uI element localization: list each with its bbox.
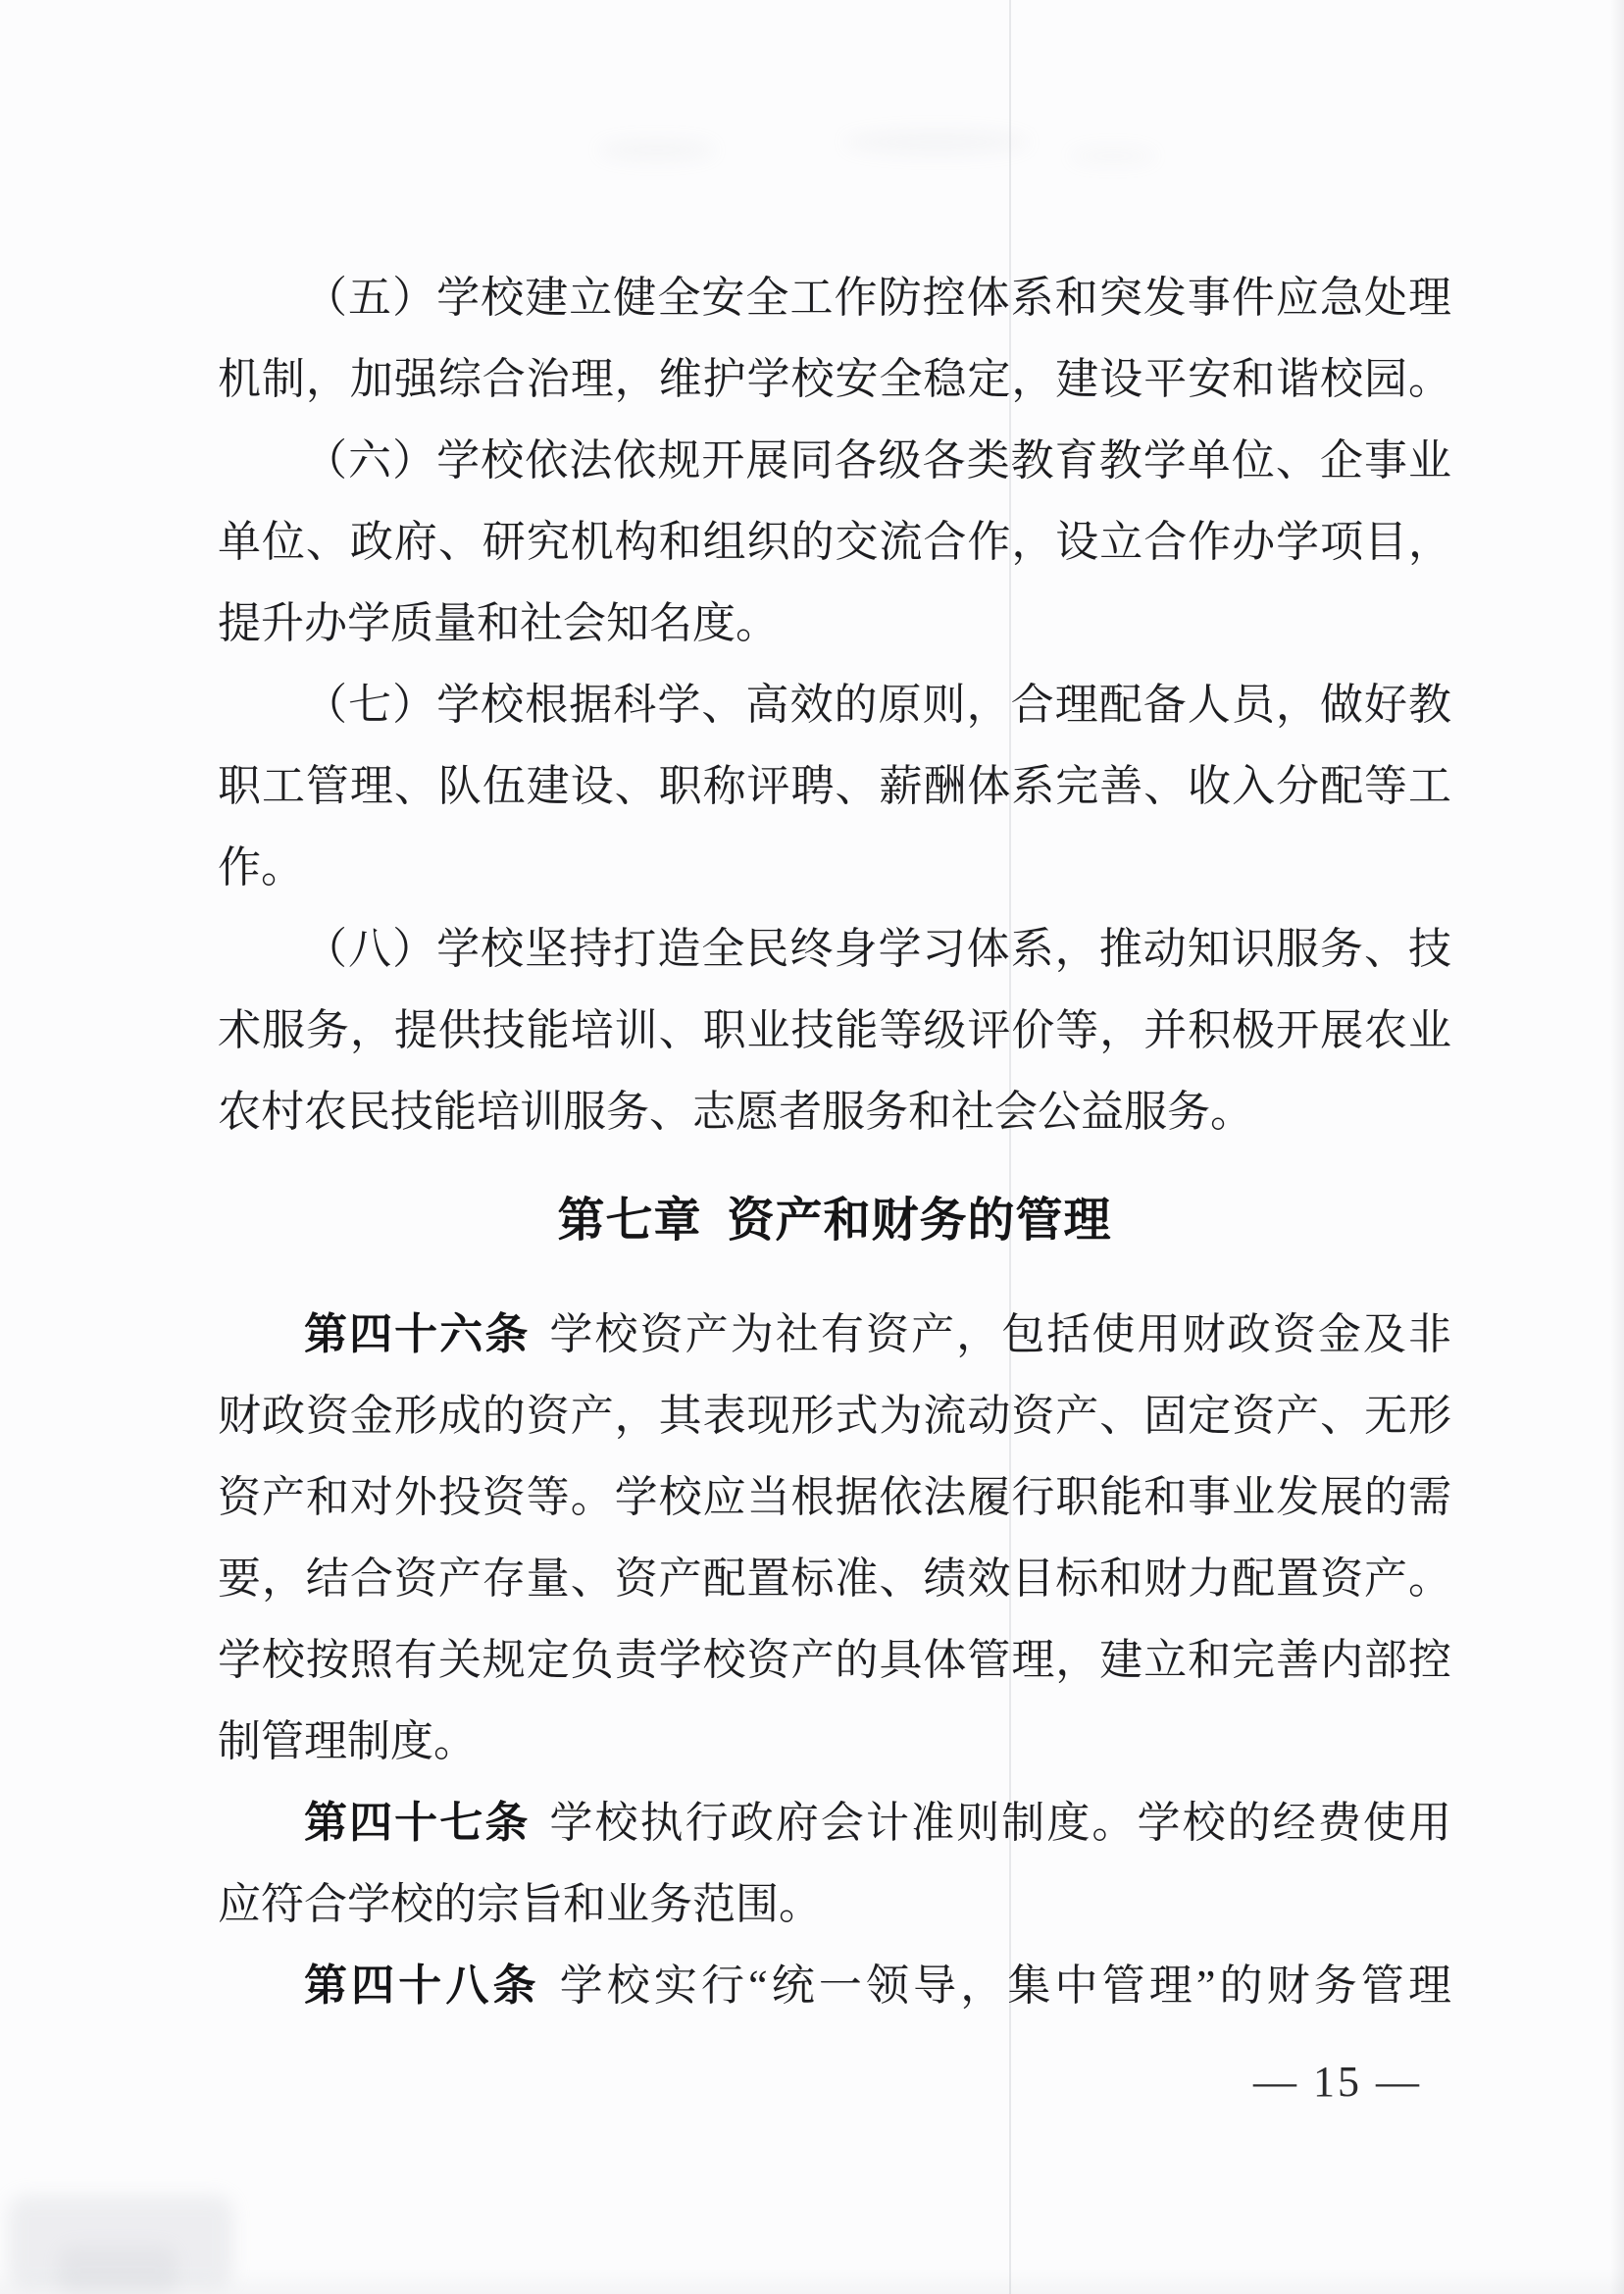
document-line: （七）学校根据科学、高效的原则，合理配备人员，做好教 [218,664,1451,745]
article-number: 第四十六条 [304,1310,530,1358]
paragraph: （七）学校根据科学、高效的原则，合理配备人员，做好教职工管理、队伍建设、职称评聘… [218,664,1451,908]
document-line: 作。 [218,827,1451,908]
paragraph: （五）学校建立健全安全工作防控体系和突发事件应急处理机制，加强综合治理，维护学校… [218,257,1451,420]
article-number: 第四十七条 [304,1799,530,1847]
document-line: 农村农民技能培训服务、志愿者服务和社会公益服务。 [218,1071,1451,1152]
document-body: （五）学校建立健全安全工作防控体系和突发事件应急处理机制，加强综合治理，维护学校… [218,257,1451,2026]
document-line: 应符合学校的宗旨和业务范围。 [218,1863,1451,1945]
document-line: 职工管理、队伍建设、职称评聘、薪酬体系完善、收入分配等工 [218,745,1451,827]
document-line: 第四十六条学校资产为社有资产，包括使用财政资金及非 [218,1294,1451,1375]
scan-smudge [1069,147,1157,165]
scan-smudge-watermark [59,2246,177,2294]
paragraph: 第四十八条学校实行“统一领导，集中管理”的财务管理 [218,1945,1451,2026]
document-line: 术服务，提供技能培训、职业技能等级评价等，并积极开展农业 [218,990,1451,1071]
chapter-number: 第七章 [557,1195,701,1247]
scan-edge-shadow-right [1610,0,1624,2294]
document-line: 制管理制度。 [218,1701,1451,1782]
document-line: 要，结合资产存量、资产配置标准、绩效目标和财力配置资产。 [218,1538,1451,1619]
chapter-title: 资产和财务的管理 [728,1195,1112,1247]
scan-smudge [598,139,716,161]
scan-edge-shadow-bottom [0,2269,1624,2294]
document-line: 提升办学质量和社会知名度。 [218,583,1451,664]
paragraph: 第四十六条学校资产为社有资产，包括使用财政资金及非财政资金形成的资产，其表现形式… [218,1294,1451,1782]
scan-smudge [843,129,1030,155]
page-number: — 15 — [1253,2056,1422,2109]
paragraph: 第四十七条学校执行政府会计准则制度。学校的经费使用应符合学校的宗旨和业务范围。 [218,1782,1451,1945]
scanned-document-page: （五）学校建立健全安全工作防控体系和突发事件应急处理机制，加强综合治理，维护学校… [0,0,1624,2294]
document-line: （五）学校建立健全安全工作防控体系和突发事件应急处理 [218,257,1451,338]
document-line: 财政资金形成的资产，其表现形式为流动资产、固定资产、无形 [218,1375,1451,1456]
document-line: （八）学校坚持打造全民终身学习体系，推动知识服务、技 [218,908,1451,990]
paragraph: （八）学校坚持打造全民终身学习体系，推动知识服务、技术服务，提供技能培训、职业技… [218,908,1451,1152]
document-line: 第四十八条学校实行“统一领导，集中管理”的财务管理 [218,1945,1451,2026]
document-line: 学校按照有关规定负责学校资产的具体管理，建立和完善内部控 [218,1619,1451,1701]
chapter-heading: 第七章资产和财务的管理 [218,1180,1451,1261]
document-line: 单位、政府、研究机构和组织的交流合作，设立合作办学项目， [218,501,1451,583]
paragraph: （六）学校依法依规开展同各级各类教育教学单位、企事业单位、政府、研究机构和组织的… [218,420,1451,664]
article-number: 第四十八条 [304,1962,540,2010]
document-line: （六）学校依法依规开展同各级各类教育教学单位、企事业 [218,420,1451,501]
document-line: 资产和对外投资等。学校应当根据依法履行职能和事业发展的需 [218,1456,1451,1538]
document-line: 第四十七条学校执行政府会计准则制度。学校的经费使用 [218,1782,1451,1863]
document-line: 机制，加强综合治理，维护学校安全稳定，建设平安和谐校园。 [218,338,1451,420]
